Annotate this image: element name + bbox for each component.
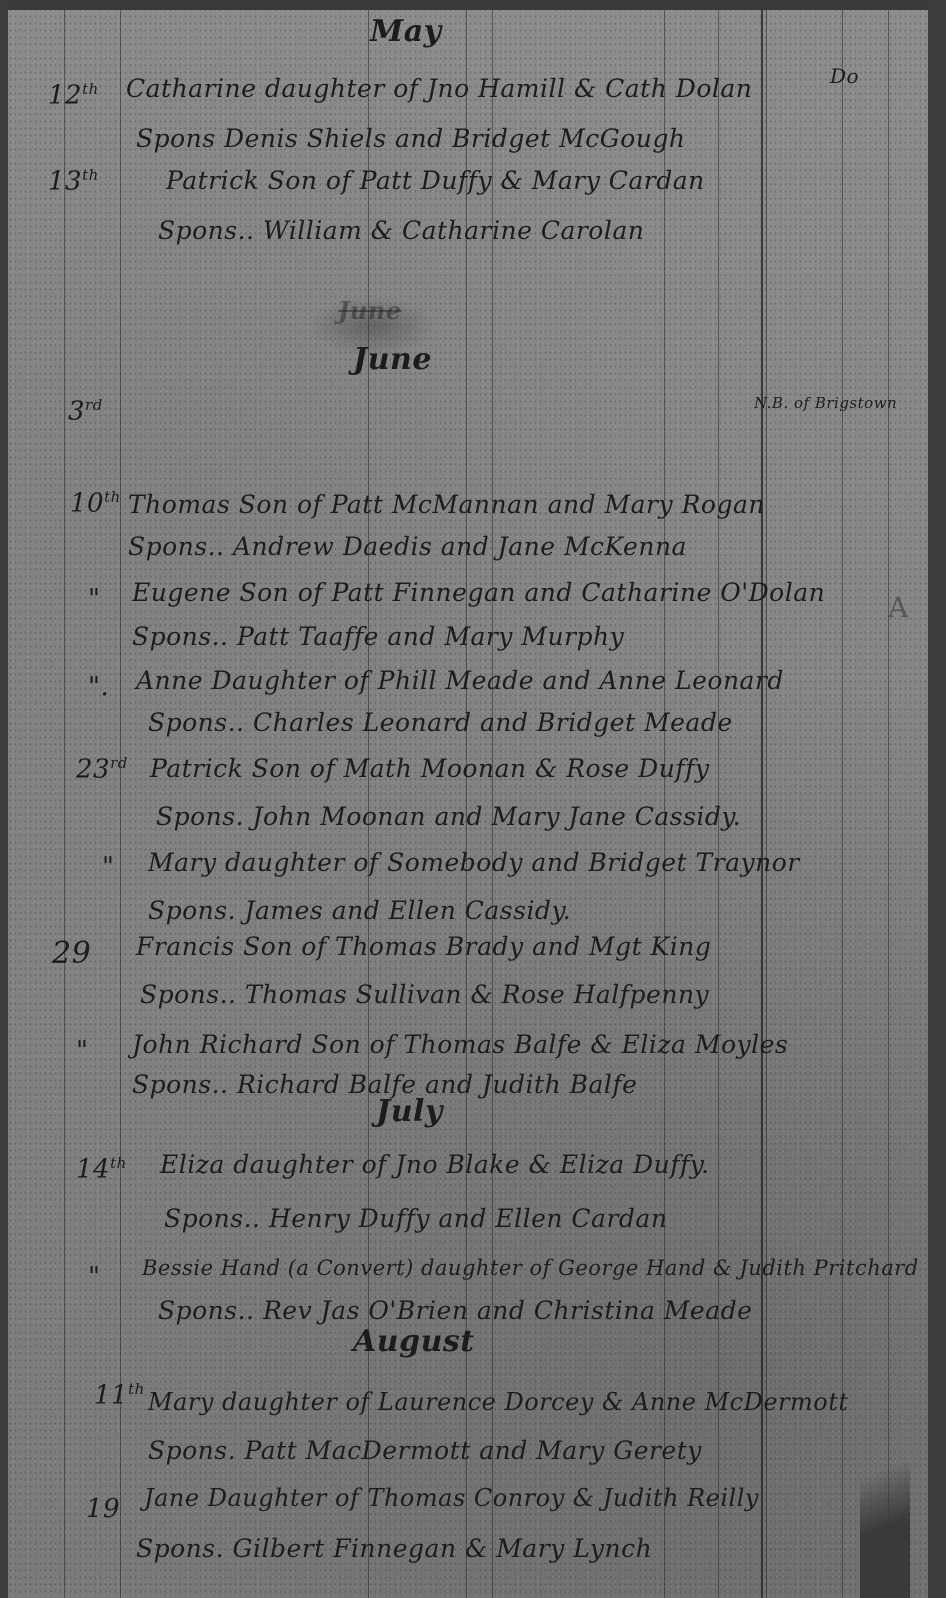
entry-date: 23rd — [76, 754, 128, 785]
entry-sponsors: Spons.. William & Catharine Carolan — [158, 216, 644, 245]
entry-sponsors: Spons.. Andrew Daedis and Jane McKenna — [128, 532, 687, 561]
ruled-line — [842, 6, 843, 1598]
month-heading-june-crossed: June — [338, 296, 402, 325]
entry-child: John Richard Son of Thomas Balfe & Eliza… — [132, 1030, 788, 1059]
page-right-edge — [928, 0, 946, 1598]
ruled-line — [120, 6, 121, 1598]
entry-child: Mary daughter of Laurence Dorcey & Anne … — [148, 1388, 849, 1416]
entry-date: 3rd — [68, 396, 103, 427]
entry-child: Eugene Son of Patt Finnegan and Catharin… — [132, 578, 825, 607]
entry-date: 13th — [48, 166, 99, 197]
entry-child: Anne Daughter of Phill Meade and Anne Le… — [136, 666, 784, 695]
entry-date: 11th — [94, 1380, 145, 1411]
entry-sponsors: Spons.. Patt Taaffe and Mary Murphy — [132, 622, 624, 651]
entry-date: 10th — [70, 488, 121, 519]
entry-child: Patrick Son of Patt Duffy & Mary Cardan — [166, 166, 705, 195]
page-left-edge — [0, 0, 8, 1598]
margin-letter-a: A — [888, 591, 909, 624]
entry-sponsors: Spons. John Moonan and Mary Jane Cassidy… — [156, 802, 741, 831]
entry-child: Patrick Son of Math Moonan & Rose Duffy — [150, 754, 709, 783]
month-heading-august: August — [353, 1324, 475, 1359]
entry-date: ". — [88, 672, 109, 702]
entry-date: " — [76, 1036, 88, 1066]
entry-sponsors: Spons. Gilbert Finnegan & Mary Lynch — [136, 1534, 652, 1563]
entry-date: 14th — [76, 1154, 127, 1185]
page-top-edge — [0, 0, 946, 10]
entry-sponsors: Spons.. Rev Jas O'Brien and Christina Me… — [158, 1296, 752, 1325]
margin-note-do: Do — [830, 64, 859, 88]
entry-date: " — [102, 852, 114, 882]
entry-date: " — [88, 1262, 100, 1292]
entry-child: Francis Son of Thomas Brady and Mgt King — [136, 932, 711, 961]
entry-sponsors: Spons. Patt MacDermott and Mary Gerety — [148, 1436, 702, 1465]
ruled-line — [888, 6, 889, 1598]
torn-corner — [860, 1418, 910, 1598]
entry-date: " — [88, 584, 100, 614]
entry-child: Bessie Hand (a Convert) daughter of Geor… — [142, 1256, 919, 1280]
ruled-line — [766, 6, 767, 1598]
ruled-line — [761, 6, 763, 1598]
month-heading-july: July — [376, 1094, 443, 1129]
entry-sponsors: Spons Denis Shiels and Bridget McGough — [136, 124, 685, 153]
entry-child: Jane Daughter of Thomas Conroy & Judith … — [144, 1484, 759, 1512]
entry-child: Eliza daughter of Jno Blake & Eliza Duff… — [160, 1150, 710, 1179]
register-page: May June June July August Do N.B. of Bri… — [8, 6, 928, 1598]
entry-child: Mary daughter of Somebody and Bridget Tr… — [148, 848, 800, 877]
month-heading-may: May — [370, 14, 442, 49]
entry-sponsors: Spons.. Richard Balfe and Judith Balfe — [132, 1070, 637, 1099]
entry-sponsors: Spons.. Charles Leonard and Bridget Mead… — [148, 708, 733, 737]
entry-sponsors: Spons.. Henry Duffy and Ellen Cardan — [164, 1204, 667, 1233]
entry-child: Thomas Son of Patt McMannan and Mary Rog… — [128, 490, 765, 519]
month-heading-june: June — [353, 342, 432, 377]
entry-date: 19 — [86, 1494, 120, 1524]
ruled-line — [64, 6, 65, 1598]
entry-sponsors: Spons. James and Ellen Cassidy. — [148, 896, 571, 925]
entry-date: 12th — [48, 80, 99, 111]
entry-child: Catharine daughter of Jno Hamill & Cath … — [126, 74, 752, 103]
margin-note-nb-brigstown: N.B. of Brigstown — [754, 394, 897, 412]
entry-sponsors: Spons.. Thomas Sullivan & Rose Halfpenny — [140, 980, 709, 1009]
entry-date: 29 — [52, 936, 91, 971]
